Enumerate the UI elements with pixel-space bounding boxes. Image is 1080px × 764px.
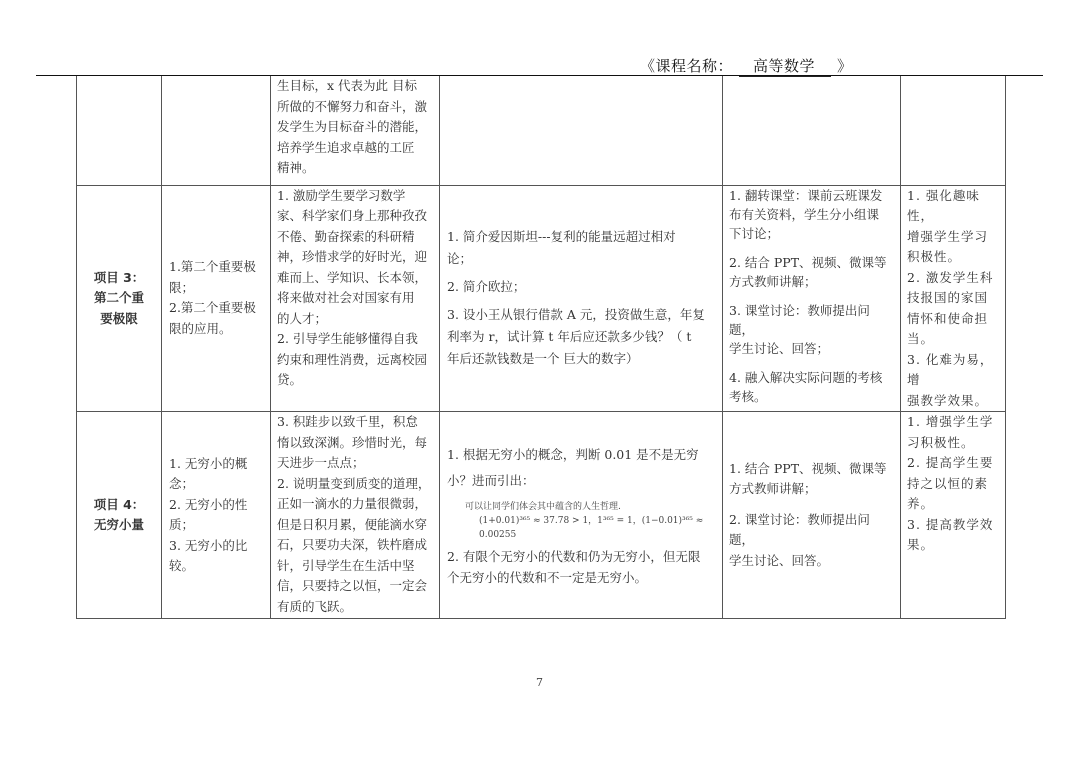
case-line: 2. 有限个无穷小的代数和仍为无穷小，但无限: [447, 546, 716, 567]
case-line: 个无穷小的代数和不一定是无穷小。: [447, 567, 716, 588]
ideology-line: 针，引导学生在生活中坚: [277, 556, 433, 577]
ideology-line: 信，只要持之以恒，一定会: [277, 576, 433, 597]
ideology-line: 将来做对社会对国家有用: [277, 288, 433, 309]
ideology-line: 正如一滴水的力量很微弱，: [277, 494, 433, 515]
ideology-line: 的人才；: [277, 309, 433, 330]
method-line: 考核。: [729, 387, 894, 406]
ideology-line: 石，只要功夫深，铁杵磨成: [277, 535, 433, 556]
method-line: 3. 课堂讨论：教师提出问题，: [729, 301, 894, 339]
ideology-line: 不倦、勤奋探索的科研精: [277, 227, 433, 248]
ideology-line: 1. 激励学生要学习数学: [277, 186, 433, 207]
method-line: 布有关资料，学生分小组课: [729, 205, 894, 224]
goal-line: 持之以恒的素: [907, 474, 999, 495]
ideology-line: 天进步一点点；: [277, 453, 433, 474]
goal-line: 3. 化难为易，增: [907, 350, 999, 391]
ideology-line: 但是日积月累，便能滴水穿: [277, 515, 433, 536]
course-name: 高等数学: [739, 55, 831, 77]
ideology-line: 神，珍惜求学的好时光，迎: [277, 247, 433, 268]
ideology-line: 家、科学家们身上那种孜孜: [277, 206, 433, 227]
goal-cell: 1. 增强学生学习积极性。2. 提高学生要持之以恒的素养。3. 提高教学效果。: [901, 412, 1006, 619]
goal-line: 1. 强化趣味性，: [907, 186, 999, 227]
content-line: 质；: [169, 515, 264, 536]
project-title-line: 项目 3：: [77, 268, 161, 289]
method-line: 2. 课堂讨论：教师提出问题，: [729, 510, 894, 551]
case-cell: 1. 根据无穷小的概念，判断 0.01 是不是无穷小？进而引出：可以让同学们体会…: [440, 412, 723, 619]
method-line: 方式教师讲解；: [729, 272, 894, 291]
method-line: 1. 结合 PPT、视频、微课等: [729, 459, 894, 480]
ideology-line: 贷。: [277, 370, 433, 391]
project-title-line: 要极限: [77, 309, 161, 330]
method-line: 下讨论；: [729, 224, 894, 243]
table-row: 项目 3：第二个重要极限1.第二个重要极限；2.第二个重要极限的应用。1. 激励…: [77, 185, 1006, 412]
course-label-prefix: 《课程名称：: [640, 57, 733, 75]
ideology-cell: 1. 激励学生要学习数学家、科学家们身上那种孜孜不倦、勤奋探索的科研精神，珍惜求…: [271, 185, 440, 412]
goal-line: 强教学效果。: [907, 391, 999, 412]
goal-line: 2. 激发学生科: [907, 268, 999, 289]
content-line: 较。: [169, 556, 264, 577]
method-line: 学生讨论、回答；: [729, 339, 894, 358]
method-line: 学生讨论、回答。: [729, 551, 894, 572]
content-line: 2.第二个重要极: [169, 298, 264, 319]
goal-line: 增强学生学习: [907, 227, 999, 248]
case-line: 利率为 r，试计算 t 年后应还款多少钱？（ t: [447, 326, 716, 348]
project-cell: 项目 4：无穷小量: [77, 412, 162, 619]
ideology-line: 生目标，x 代表为此 目标: [277, 76, 433, 97]
content-line: 限；: [169, 278, 264, 299]
formula-expression: (1+0.01)³⁶⁵ ≈ 37.78 > 1，1³⁶⁵ = 1，(1−0.01…: [465, 514, 716, 542]
goal-line: 当。: [907, 329, 999, 350]
ideology-line: 2. 说明量变到质变的道理，: [277, 474, 433, 495]
content-line: 3. 无穷小的比: [169, 536, 264, 557]
ideology-line: 惰以致深渊。珍惜时光，每: [277, 433, 433, 454]
ideology-cell: 3. 积跬步以致千里，积怠惰以致深渊。珍惜时光，每天进步一点点；2. 说明量变到…: [271, 412, 440, 619]
goal-line: 积极性。: [907, 247, 999, 268]
method-line: 2. 结合 PPT、视频、微课等: [729, 253, 894, 272]
project-cell: 项目 3：第二个重要极限: [77, 185, 162, 412]
method-cell: 1. 结合 PPT、视频、微课等方式教师讲解；2. 课堂讨论：教师提出问题，学生…: [723, 412, 901, 619]
goal-line: 习积极性。: [907, 433, 999, 454]
content-line: 2. 无穷小的性: [169, 495, 264, 516]
case-cell: 1. 简介爱因斯坦---复利的能量远超过相对论；2. 简介欧拉；3. 设小王从银…: [440, 185, 723, 412]
method-line: 1. 翻转课堂：课前云班课发: [729, 186, 894, 205]
ideology-line: 精神。: [277, 158, 433, 179]
formula-caption: 可以让同学们体会其中蕴含的人生哲理.: [465, 500, 716, 514]
goal-line: 1. 增强学生学: [907, 412, 999, 433]
content-line: 1. 无穷小的概: [169, 454, 264, 475]
goal-cell: [901, 76, 1006, 185]
ideology-line: 约束和理性消费，远离校园: [277, 350, 433, 371]
case-line: 2. 简介欧拉；: [447, 276, 716, 298]
ideology-line: 3. 积跬步以致千里，积怠: [277, 412, 433, 433]
project-cell: [77, 76, 162, 185]
case-line: 论；: [447, 248, 716, 270]
content-cell: 1.第二个重要极限；2.第二个重要极限的应用。: [162, 185, 271, 412]
project-title-line: 无穷小量: [77, 515, 161, 536]
ideology-line: 培养学生追求卓越的工匠: [277, 138, 433, 159]
ideology-line: 所做的不懈努力和奋斗，激: [277, 97, 433, 118]
ideology-line: 发学生为目标奋斗的潜能，: [277, 117, 433, 138]
method-line: 方式教师讲解；: [729, 479, 894, 500]
ideology-line: 2. 引导学生能够懂得自我: [277, 329, 433, 350]
ideology-line: 有质的飞跃。: [277, 597, 433, 618]
goal-line: 2. 提高学生要: [907, 453, 999, 474]
ideology-line: 难而上、学知识、长本领，: [277, 268, 433, 289]
content-line: 限的应用。: [169, 319, 264, 340]
project-title-line: 第二个重: [77, 288, 161, 309]
case-line: 1. 根据无穷小的概念，判断 0.01 是不是无穷: [447, 442, 716, 468]
method-cell: [723, 76, 901, 185]
page-number: 7: [536, 676, 543, 689]
content-cell: [162, 76, 271, 185]
goal-line: 3. 提高教学效: [907, 515, 999, 536]
case-cell: [440, 76, 723, 185]
method-line: 4. 融入解决实际问题的考核: [729, 368, 894, 387]
case-line: 1. 简介爱因斯坦---复利的能量远超过相对: [447, 226, 716, 248]
course-title-header: 《课程名称：高等数学》: [640, 55, 853, 77]
content-line: 1.第二个重要极: [169, 257, 264, 278]
content-line: 念；: [169, 474, 264, 495]
case-line: 小？进而引出：: [447, 468, 716, 494]
case-line: 3. 设小王从银行借款 A 元，投资做生意，年复: [447, 304, 716, 326]
project-title-line: 项目 4：: [77, 495, 161, 516]
ideology-cell: 生目标，x 代表为此 目标所做的不懈努力和奋斗，激发学生为目标奋斗的潜能，培养学…: [271, 76, 440, 185]
table-row: 项目 4：无穷小量1. 无穷小的概念；2. 无穷小的性质；3. 无穷小的比较。3…: [77, 412, 1006, 619]
content-cell: 1. 无穷小的概念；2. 无穷小的性质；3. 无穷小的比较。: [162, 412, 271, 619]
goal-line: 果。: [907, 535, 999, 556]
lesson-plan-table: 生目标，x 代表为此 目标所做的不懈努力和奋斗，激发学生为目标奋斗的潜能，培养学…: [76, 76, 1006, 619]
table-row: 生目标，x 代表为此 目标所做的不懈努力和奋斗，激发学生为目标奋斗的潜能，培养学…: [77, 76, 1006, 185]
method-cell: 1. 翻转课堂：课前云班课发布有关资料，学生分小组课下讨论；2. 结合 PPT、…: [723, 185, 901, 412]
goal-line: 养。: [907, 494, 999, 515]
formula-block: 可以让同学们体会其中蕴含的人生哲理.(1+0.01)³⁶⁵ ≈ 37.78 > …: [447, 500, 716, 542]
goal-cell: 1. 强化趣味性，增强学生学习积极性。2. 激发学生科技报国的家国情怀和使命担当…: [901, 185, 1006, 412]
goal-line: 情怀和使命担: [907, 309, 999, 330]
case-line: 年后还款钱数是一个 巨大的数字）: [447, 348, 716, 370]
goal-line: 技报国的家国: [907, 288, 999, 309]
course-label-suffix: 》: [837, 57, 853, 75]
